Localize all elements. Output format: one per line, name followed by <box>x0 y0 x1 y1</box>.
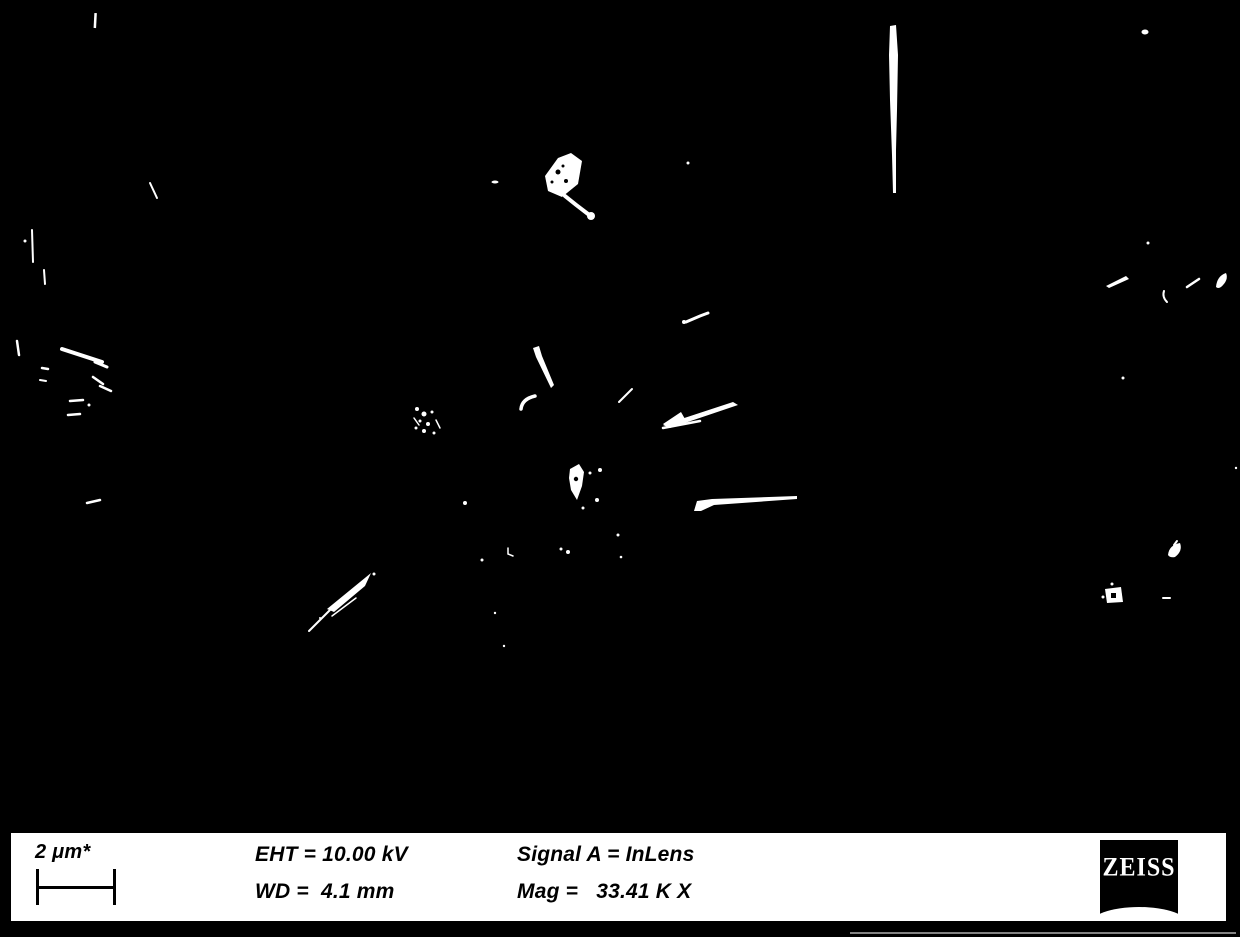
scale-bar-line <box>36 886 116 889</box>
scale-label: 2 μm* <box>35 841 90 864</box>
info-bar: 2 μm* EHT = 10.00 kV WD = 4.1 mm Signal … <box>11 833 1226 921</box>
mag-value: Mag = 33.41 K X <box>517 880 691 903</box>
signal-value: Signal A = InLens <box>517 843 694 866</box>
sem-micrograph <box>0 0 1240 833</box>
wd-value: WD = 4.1 mm <box>255 880 395 903</box>
scale-bar-left-tick <box>36 869 39 905</box>
eht-value: EHT = 10.00 kV <box>255 843 408 866</box>
bottom-edge-line <box>850 932 1236 934</box>
sem-screenshot: 2 μm* EHT = 10.00 kV WD = 4.1 mm Signal … <box>0 0 1240 937</box>
scale-bar-right-tick <box>113 869 116 905</box>
zeiss-logo-ribbon-curve <box>1100 907 1178 921</box>
zeiss-logo-text: ZEISS <box>1100 854 1178 884</box>
zeiss-logo: ZEISS <box>1100 840 1178 921</box>
